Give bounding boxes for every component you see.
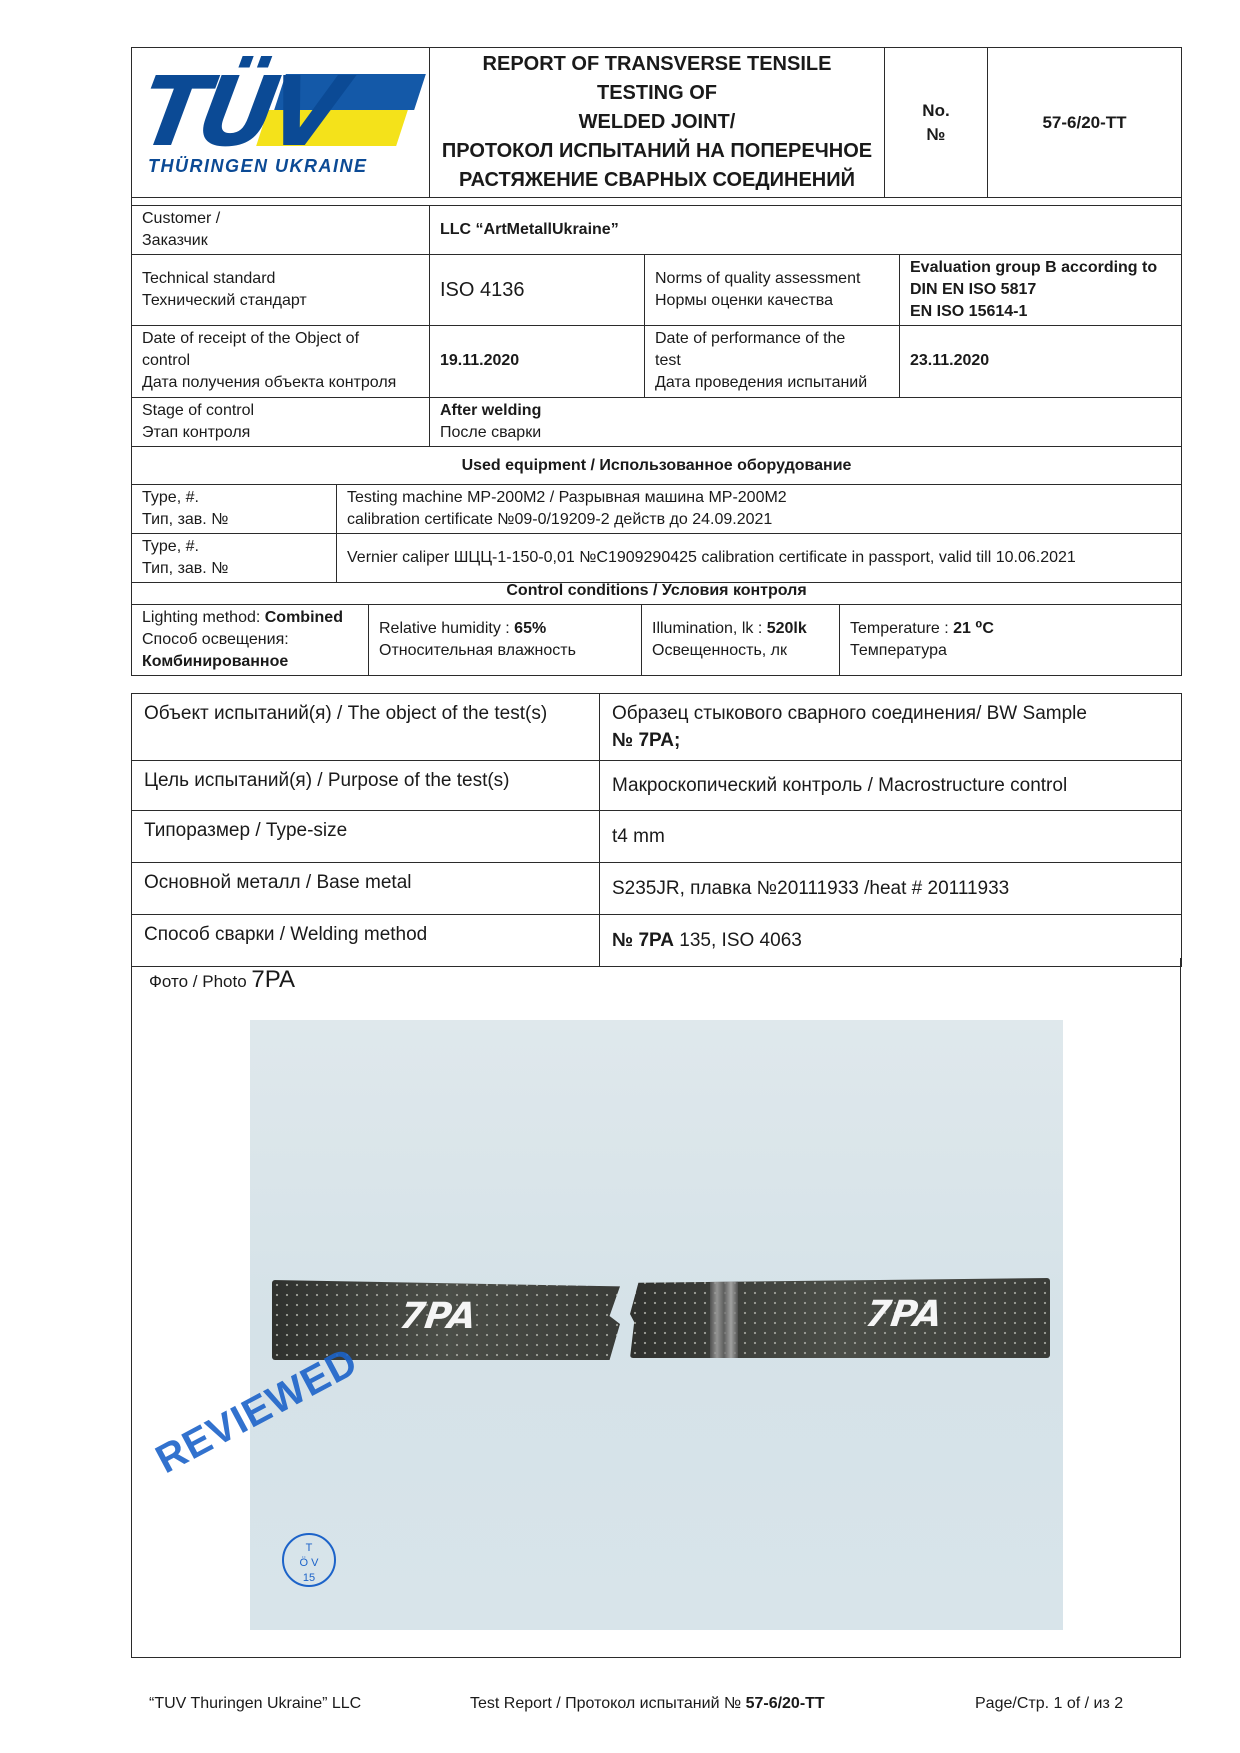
- table-row: Цель испытаний(я) / Purpose of the test(…: [132, 761, 1182, 811]
- report-title: REPORT OF TRANSVERSE TENSILE TESTING OF …: [430, 48, 885, 198]
- title-line: WELDED JOINT/: [440, 108, 874, 137]
- humidity-value: 65%: [514, 620, 546, 637]
- caption-text: Фото / Photo: [149, 972, 251, 991]
- seal-line: 15: [284, 1571, 334, 1586]
- equipment-vernier-caliper: Vernier caliper ШЦЦ-1-150-0,01 №С1909290…: [337, 534, 1182, 583]
- footer-report: Test Report / Протокол испытаний № 57-6/…: [470, 1695, 825, 1713]
- footer-page-number: Page/Стр. 1 of / из 2: [975, 1695, 1123, 1713]
- customer-value: LLC “ArtMetallUkraine”: [430, 205, 1182, 254]
- title-line: ПРОТОКОЛ ИСПЫТАНИЙ НА ПОПЕРЕЧНОЕ: [440, 137, 874, 166]
- caption-id: 7PA: [251, 966, 295, 993]
- label-line: Дата получения объекта контроля: [142, 372, 419, 394]
- lighting-value: Combined: [265, 609, 343, 626]
- lighting-label-ru: Способ освещения:: [142, 629, 358, 651]
- inspector-seal-icon: T Ö V 15: [282, 1533, 336, 1587]
- equipment-type-label: Type, #.Тип, зав. №: [132, 534, 337, 583]
- seal-line: Ö V: [284, 1556, 334, 1571]
- footer-report-prefix: Test Report / Протокол испытаний №: [470, 1695, 746, 1712]
- customer-label: Customer /Заказчик: [132, 205, 430, 254]
- value-line: Образец стыкового сварного соединения/ B…: [612, 700, 1169, 727]
- label-line: Тип, зав. №: [142, 509, 326, 531]
- value-line: DIN EN ISO 5817: [910, 279, 1171, 301]
- conditions-heading: Control conditions / Условия контроля: [132, 578, 1182, 605]
- stage-value: After weldingПосле сварки: [430, 397, 1182, 446]
- standard-label: Technical standardТехнический стандарт: [132, 254, 430, 325]
- general-info-table: Customer /Заказчик LLC “ArtMetallUkraine…: [131, 187, 1182, 447]
- equipment-table: Used equipment / Использованное оборудов…: [131, 446, 1182, 583]
- weld-bead: [710, 1278, 738, 1358]
- illumination-label: Illumination, lk :: [652, 620, 767, 637]
- standard-value: ISO 4136: [430, 254, 645, 325]
- label-line: Date of receipt of the Object of: [142, 328, 419, 350]
- spacer-row: [132, 187, 1182, 205]
- title-line: REPORT OF TRANSVERSE TENSILE TESTING OF: [440, 50, 874, 108]
- specimen-photo: 7PA 7PA: [250, 1020, 1063, 1630]
- label-line: Тип, зав. №: [142, 558, 326, 580]
- row-value: Макроскопический контроль / Macrostructu…: [600, 761, 1182, 811]
- row-label: Объект испытаний(я) / The object of the …: [132, 694, 600, 761]
- label-line: Нормы оценки качества: [655, 290, 889, 312]
- equipment-type-label: Type, #.Тип, зав. №: [132, 485, 337, 534]
- number-label: No. №: [885, 48, 988, 198]
- logo-subtitle: THÜRINGEN UKRAINE: [148, 156, 368, 177]
- footer-report-number: 57-6/20-TT: [746, 1695, 825, 1712]
- report-header: TÜV THÜRINGEN UKRAINE REPORT OF TRANSVER…: [131, 47, 1182, 198]
- lighting-label: Lighting method:: [142, 609, 265, 626]
- label-line: Технический стандарт: [142, 290, 419, 312]
- value-text: 135, ISO 4063: [674, 930, 802, 951]
- label-line: Stage of control: [142, 400, 419, 422]
- label-line: Norms of quality assessment: [655, 268, 889, 290]
- footer-company: “TUV Thuringen Ukraine” LLC: [149, 1695, 361, 1713]
- report-number: 57-6/20-TT: [988, 48, 1182, 198]
- temperature-label-ru: Температура: [850, 640, 1171, 662]
- performance-date-value: 23.11.2020: [900, 325, 1182, 397]
- value-line: Evaluation group B according to: [910, 257, 1171, 279]
- number-label-en: No.: [895, 99, 977, 123]
- row-value: S235JR, плавка №20111933 /heat # 2011193…: [600, 863, 1182, 915]
- seal-line: T: [284, 1541, 334, 1556]
- temperature-value: 21 ⁰C: [953, 620, 994, 637]
- value-prefix: № 7PA: [612, 930, 674, 951]
- specimen-left-half: 7PA: [272, 1280, 620, 1360]
- label-line: Date of performance of the: [655, 328, 889, 350]
- illumination-value: 520lk: [767, 620, 807, 637]
- label-line: test: [655, 350, 889, 372]
- value-line: calibration certificate №09-0/19209-2 де…: [347, 509, 1171, 531]
- table-row: Типоразмер / Type-size t4 mm: [132, 811, 1182, 863]
- photo-caption: Фото / Photo 7PA: [149, 966, 295, 994]
- illumination-label-ru: Освещенность, лк: [652, 640, 829, 662]
- table-row: Основной металл / Base metal S235JR, пла…: [132, 863, 1182, 915]
- humidity-label-ru: Относительная влажность: [379, 640, 631, 662]
- number-label-ru: №: [895, 123, 977, 147]
- label-line: Type, #.: [142, 487, 326, 509]
- label-line: Technical standard: [142, 268, 419, 290]
- label-line: control: [142, 350, 419, 372]
- row-label: Типоразмер / Type-size: [132, 811, 600, 863]
- value-line: После сварки: [440, 422, 1171, 444]
- value-line: № 7PA;: [612, 727, 1169, 754]
- control-conditions-table: Control conditions / Условия контроля Li…: [131, 578, 1182, 676]
- equipment-testing-machine: Testing machine MP-200M2 / Разрывная маш…: [337, 485, 1182, 534]
- relative-humidity: Relative humidity : 65% Относительная вл…: [369, 605, 642, 676]
- label-line: Этап контроля: [142, 422, 419, 444]
- receipt-date-value: 19.11.2020: [430, 325, 645, 397]
- lighting-value-ru: Комбинированное: [142, 651, 358, 673]
- stage-label: Stage of controlЭтап контроля: [132, 397, 430, 446]
- humidity-label: Relative humidity :: [379, 620, 514, 637]
- row-label: Основной металл / Base metal: [132, 863, 600, 915]
- equipment-heading: Used equipment / Использованное оборудов…: [132, 447, 1182, 485]
- photo-section: Фото / Photo 7PA 7PA 7PA REVIEWED T Ö V …: [131, 958, 1181, 1658]
- value-line: EN ISO 15614-1: [910, 301, 1171, 323]
- lighting-method: Lighting method: Combined Способ освещен…: [132, 605, 369, 676]
- illumination: Illumination, lk : 520lk Освещенность, л…: [642, 605, 840, 676]
- norms-value: Evaluation group B according toDIN EN IS…: [900, 254, 1182, 325]
- label-line: Type, #.: [142, 536, 326, 558]
- label-line: Дата проведения испытаний: [655, 372, 889, 394]
- row-value: Образец стыкового сварного соединения/ B…: [600, 694, 1182, 761]
- row-label: Цель испытаний(я) / Purpose of the test(…: [132, 761, 600, 811]
- norms-label: Norms of quality assessmentНормы оценки …: [645, 254, 900, 325]
- performance-date-label: Date of performance of thetestДата прове…: [645, 325, 900, 397]
- table-row: Объект испытаний(я) / The object of the …: [132, 694, 1182, 761]
- receipt-date-label: Date of receipt of the Object ofcontrolД…: [132, 325, 430, 397]
- value-line: Testing machine MP-200M2 / Разрывная маш…: [347, 487, 1171, 509]
- label-line: Customer /: [142, 208, 419, 230]
- temperature: Temperature : 21 ⁰C Температура: [840, 605, 1182, 676]
- temperature-label: Temperature :: [850, 620, 953, 637]
- logo-wordmark: TÜV: [134, 64, 345, 160]
- test-object-table: Объект испытаний(я) / The object of the …: [131, 693, 1182, 967]
- specimen-mark: 7PA: [863, 1294, 945, 1335]
- label-line: Заказчик: [142, 230, 419, 252]
- tuv-logo: TÜV THÜRINGEN UKRAINE: [142, 64, 414, 182]
- specimen-mark: 7PA: [397, 1296, 479, 1337]
- value-line: After welding: [440, 400, 1171, 422]
- specimen-right-half: 7PA: [630, 1278, 1050, 1358]
- logo-cell: TÜV THÜRINGEN UKRAINE: [132, 48, 430, 198]
- row-value: t4 mm: [600, 811, 1182, 863]
